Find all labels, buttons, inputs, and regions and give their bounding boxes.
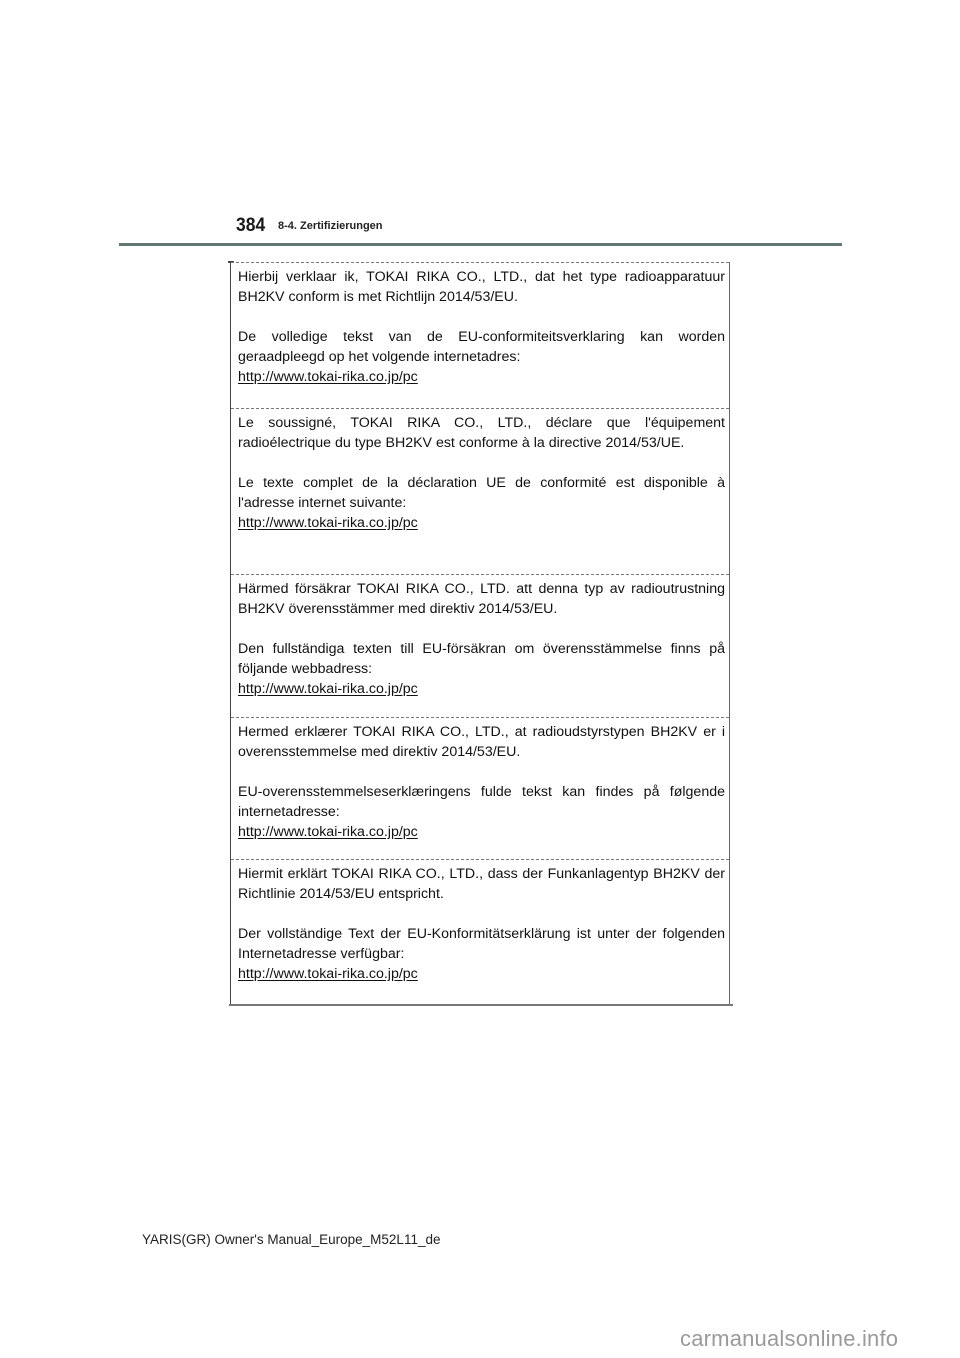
declaration-section-danish: Hermed erklærer TOKAI RIKA CO., LTD., at… [231, 717, 729, 859]
declaration-url-link[interactable]: http://www.tokai-rika.co.jp/pc [238, 679, 725, 699]
availability-text: EU-overensstemmelseserklæringens fulde t… [238, 782, 725, 822]
declaration-section-dutch: Hierbij verklaar ik, TOKAI RIKA CO., LTD… [231, 262, 729, 408]
declaration-text: Härmed försäkrar TOKAI RIKA CO., LTD. at… [238, 579, 725, 619]
declaration-text: Hermed erklærer TOKAI RIKA CO., LTD., at… [238, 722, 725, 762]
declaration-text: Hiermit erklärt TOKAI RIKA CO., LTD., da… [238, 864, 725, 904]
section-title: 8-4. Zertifizierungen [278, 220, 383, 232]
availability-text: Der vollständige Text der EU-Konformität… [238, 924, 725, 964]
availability-text: Le texte complet de la déclaration UE de… [238, 473, 725, 513]
certification-box: Hierbij verklaar ik, TOKAI RIKA CO., LTD… [230, 262, 730, 1005]
declaration-text: Hierbij verklaar ik, TOKAI RIKA CO., LTD… [238, 267, 725, 307]
watermark: carmanualsonline.info [680, 1326, 898, 1352]
availability-text: De volledige tekst van de EU-conformitei… [238, 327, 725, 367]
page-number: 384 [236, 215, 265, 237]
declaration-url-link[interactable]: http://www.tokai-rika.co.jp/pc [238, 964, 725, 984]
declaration-url-link[interactable]: http://www.tokai-rika.co.jp/pc [238, 367, 725, 387]
declaration-section-french: Le soussigné, TOKAI RIKA CO., LTD., décl… [231, 408, 729, 574]
document-id-footer: YARIS(GR) Owner's Manual_Europe_M52L11_d… [142, 1232, 440, 1247]
header-divider [119, 243, 842, 246]
declaration-section-swedish: Härmed försäkrar TOKAI RIKA CO., LTD. at… [231, 574, 729, 717]
declaration-url-link[interactable]: http://www.tokai-rika.co.jp/pc [238, 513, 725, 533]
declaration-text: Le soussigné, TOKAI RIKA CO., LTD., décl… [238, 413, 725, 453]
declaration-url-link[interactable]: http://www.tokai-rika.co.jp/pc [238, 822, 725, 842]
availability-text: Den fullständiga texten till EU-försäkra… [238, 639, 725, 679]
declaration-section-german: Hiermit erklärt TOKAI RIKA CO., LTD., da… [231, 859, 729, 1005]
